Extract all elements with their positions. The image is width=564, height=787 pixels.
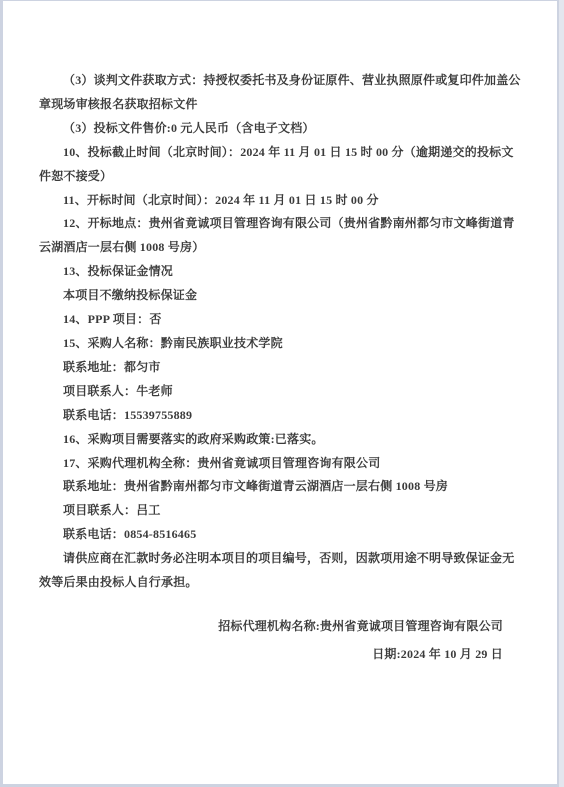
document-paragraph: 联系电话：15539755889	[39, 404, 525, 428]
document-paragraph: 项目联系人：吕工	[39, 499, 525, 523]
document-paragraph: 15、采购人名称：黔南民族职业技术学院	[39, 332, 525, 356]
document-paragraph: （3）谈判文件获取方式：持授权委托书及身份证原件、营业执照原件或复印件加盖公 章…	[39, 69, 525, 117]
document-paragraph: 联系地址：贵州省黔南州都匀市文峰街道青云湖酒店一层右侧 1008 号房	[39, 475, 525, 499]
document-page: （3）谈判文件获取方式：持授权委托书及身份证原件、营业执照原件或复印件加盖公 章…	[3, 1, 557, 784]
document-paragraph: 请供应商在汇款时务必注明本项目的项目编号，否则，因款项用途不明导致保证金无 效等…	[39, 547, 525, 595]
document-paragraph: 项目联系人：牛老师	[39, 380, 525, 404]
document-paragraph: 本项目不缴纳投标保证金	[39, 284, 525, 308]
document-paragraph: 16、采购项目需要落实的政府采购政策:已落实。	[39, 428, 525, 452]
document-paragraph: （3）投标文件售价:0 元人民币（含电子文档）	[39, 117, 525, 141]
document-body: （3）谈判文件获取方式：持授权委托书及身份证原件、营业执照原件或复印件加盖公 章…	[3, 1, 557, 668]
document-paragraph: 联系电话：0854-8516465	[39, 523, 525, 547]
agency-name-line: 招标代理机构名称:贵州省竟诚项目管理咨询有限公司	[39, 612, 503, 640]
paragraphs-container: （3）谈判文件获取方式：持授权委托书及身份证原件、营业执照原件或复印件加盖公 章…	[39, 69, 525, 595]
date-line: 日期:2024 年 10 月 29 日	[39, 640, 503, 668]
document-paragraph: 11、开标时间（北京时间）：2024 年 11 月 01 日 15 时 00 分	[39, 189, 525, 213]
document-paragraph: 13、投标保证金情况	[39, 260, 525, 284]
document-paragraph: 12、开标地点：贵州省竟诚项目管理咨询有限公司（贵州省黔南州都匀市文峰街道青 云…	[39, 212, 525, 260]
document-paragraph: 10、投标截止时间（北京时间）：2024 年 11 月 01 日 15 时 00…	[39, 141, 525, 189]
document-paragraph: 联系地址：都匀市	[39, 356, 525, 380]
document-paragraph: 14、PPP 项目：否	[39, 308, 525, 332]
document-paragraph: 17、采购代理机构全称：贵州省竟诚项目管理咨询有限公司	[39, 452, 525, 476]
right-edge-strip	[559, 0, 564, 787]
signature-block: 招标代理机构名称:贵州省竟诚项目管理咨询有限公司 日期:2024 年 10 月 …	[39, 612, 525, 668]
document-viewer: （3）谈判文件获取方式：持授权委托书及身份证原件、营业执照原件或复印件加盖公 章…	[0, 0, 564, 787]
